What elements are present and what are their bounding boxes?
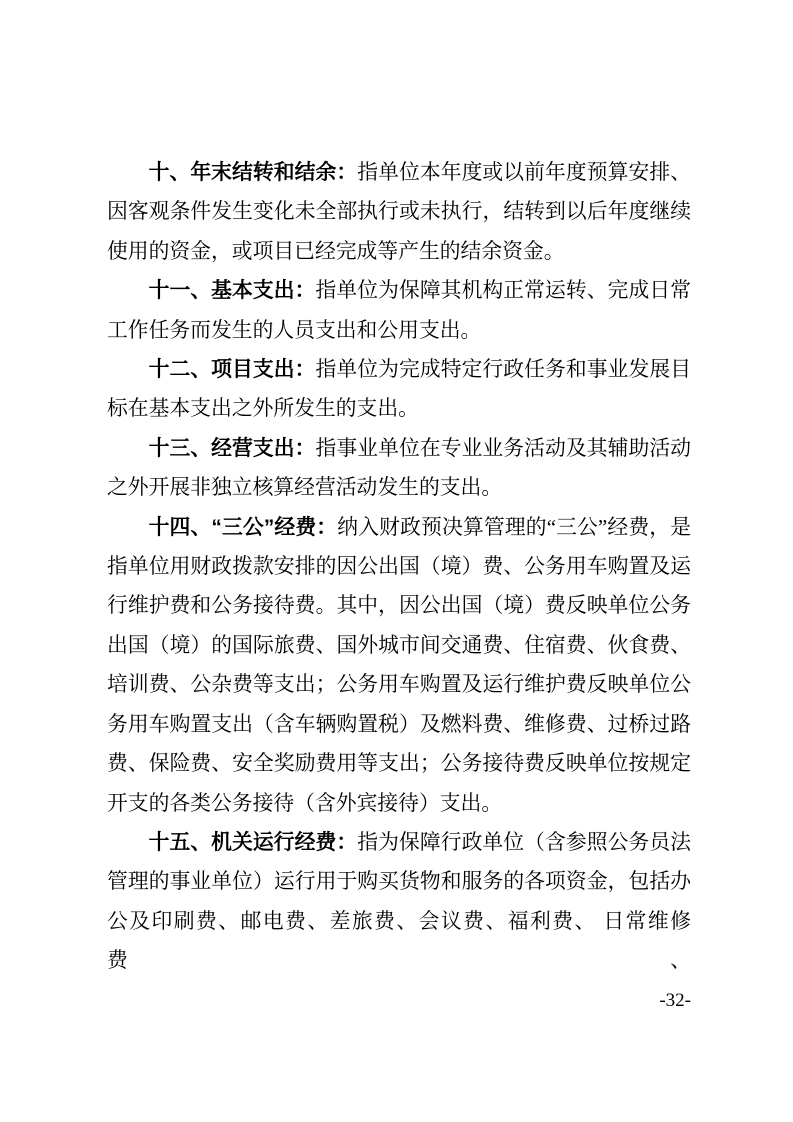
definition-paragraph: 十一、基本支出：指单位为保障其机构正常运转、完成日常工作任务而发生的人员支出和公… [107, 271, 691, 350]
term-label: 十一、基本支出： [149, 279, 316, 302]
term-label: 十、年末结转和结余： [149, 161, 358, 184]
definition-paragraph: 十、年末结转和结余：指单位本年度或以前年度预算安排、因客观条件发生变化未全部执行… [107, 153, 691, 271]
term-definition: 纳入财政预决算管理的“三公”经费，是指单位用财政拨款安排的因公出国（境）费、公务… [107, 516, 691, 815]
glossary-text-block: 十、年末结转和结余：指单位本年度或以前年度预算安排、因客观条件发生变化未全部执行… [107, 153, 691, 981]
term-label: 十四、“三公”经费： [149, 516, 338, 539]
term-label: 十二、项目支出： [149, 358, 316, 381]
document-page: 十、年末结转和结余：指单位本年度或以前年度预算安排、因客观条件发生变化未全部执行… [0, 0, 793, 1122]
definition-paragraph: 十三、经营支出：指事业单位在专业业务活动及其辅助活动之外开展非独立核算经营活动发… [107, 429, 691, 508]
term-label: 十三、经营支出： [149, 437, 316, 460]
definition-paragraph: 十四、“三公”经费：纳入财政预决算管理的“三公”经费，是指单位用财政拨款安排的因… [107, 508, 691, 823]
definition-paragraph: 十二、项目支出：指单位为完成特定行政任务和事业发展目标在基本支出之外所发生的支出… [107, 350, 691, 429]
page-number: -32- [107, 989, 691, 1013]
term-label: 十五、机关运行经费： [149, 831, 358, 854]
definition-paragraph: 十五、机关运行经费：指为保障行政单位（含参照公务员法管理的事业单位）运行用于购买… [107, 823, 691, 981]
